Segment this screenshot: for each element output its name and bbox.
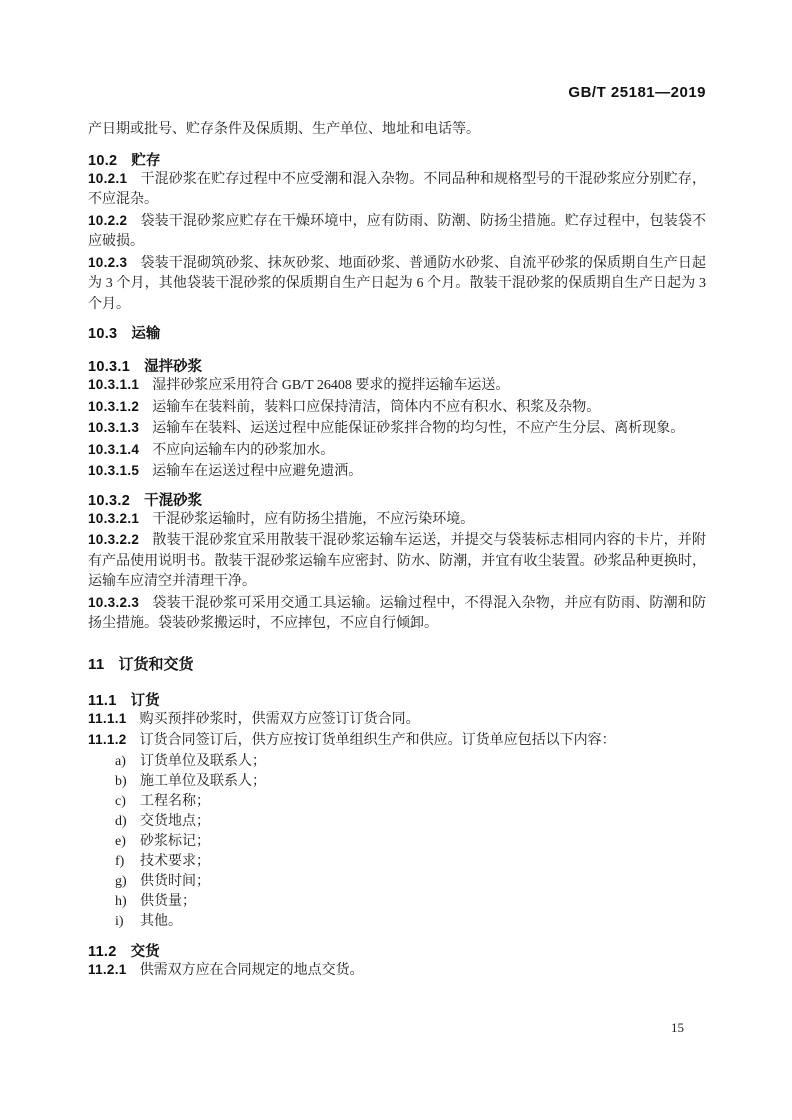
paragraph-continuation: 产日期或批号、贮存条件及保质期、生产单位、地址和电话等。 <box>88 120 706 141</box>
list-item-text: 供货量； <box>140 894 196 909</box>
clause-text: 供需双方应在合同规定的地点交货。 <box>140 963 364 978</box>
list-item-text: 工程名称； <box>140 794 210 809</box>
section-number: 10.3 <box>88 326 117 342</box>
document-page: GB/T 25181—2019 产日期或批号、贮存条件及保质期、生产单位、地址和… <box>0 0 792 1120</box>
list-item-marker: h) <box>115 892 140 912</box>
chapter-heading-11: 11订货和交货 <box>88 656 706 673</box>
clause-10-3-1-4: 10.3.1.4不应向运输车内的砂浆加水。 <box>88 440 706 462</box>
list-item-marker: a) <box>115 752 140 772</box>
section-number: 10.3.2 <box>88 493 130 509</box>
clause-10-3-2-1: 10.3.2.1干混砂浆运输时，应有防扬尘措施，不应污染环境。 <box>88 509 706 531</box>
section-title: 湿拌砂浆 <box>144 359 202 375</box>
section-heading-11-1: 11.1订货 <box>88 693 706 709</box>
list-item: a)订货单位及联系人； <box>88 752 706 772</box>
clause-text: 湿拌砂浆应采用符合 GB/T 26408 要求的搅拌运输车运送。 <box>152 378 509 393</box>
clause-10-3-1-3: 10.3.1.3运输车在装料、运送过程中应能保证砂浆拌合物的均匀性，不应产生分层… <box>88 418 706 440</box>
clause-11-1-2: 11.1.2订货合同签订后，供方应按订货单组织生产和供应。订货单应包括以下内容： <box>88 730 706 752</box>
list-item-text: 砂浆标记； <box>140 834 210 849</box>
section-number: 11.2 <box>88 944 117 960</box>
chapter-title: 订货和交货 <box>118 656 193 673</box>
clause-number: 10.3.1.3 <box>88 420 139 435</box>
list-item-text: 订货单位及联系人； <box>140 754 266 769</box>
clause-10-2-1: 10.2.1干混砂浆在贮存过程中不应受潮和混入杂物。不同品种和规格型号的干混砂浆… <box>88 169 706 211</box>
list-item-text: 其他。 <box>140 914 182 929</box>
clause-number: 10.3.2.3 <box>88 595 139 610</box>
clause-number: 10.3.2.1 <box>88 511 139 526</box>
clause-text: 袋装干混砂浆应贮存在干燥环境中，应有防雨、防潮、防扬尘措施。贮存过程中，包装袋不… <box>88 214 706 250</box>
clause-number: 10.3.1.4 <box>88 442 139 457</box>
list-item-marker: d) <box>115 812 140 832</box>
clause-10-3-1-2: 10.3.1.2运输车在装料前，装料口应保持清洁，筒体内不应有积水、积浆及杂物。 <box>88 397 706 419</box>
list-item: i)其他。 <box>88 912 706 932</box>
list-item-text: 技术要求； <box>140 854 210 869</box>
list-item: c)工程名称； <box>88 792 706 812</box>
section-number: 10.3.1 <box>88 359 130 375</box>
clause-text: 订货合同签订后，供方应按订货单组织生产和供应。订货单应包括以下内容： <box>140 733 616 748</box>
section-heading-10-3: 10.3运输 <box>88 326 706 342</box>
clause-number: 10.3.1.2 <box>88 399 139 414</box>
clause-number: 10.3.1.5 <box>88 463 139 478</box>
list-item-marker: c) <box>115 792 140 812</box>
clause-number: 11.1.2 <box>88 732 127 747</box>
list-item-marker: f) <box>115 852 140 872</box>
section-title: 干混砂浆 <box>144 493 202 509</box>
running-header: GB/T 25181—2019 <box>88 84 706 101</box>
clause-11-1-1: 11.1.1购买预拌砂浆时，供需双方应签订订货合同。 <box>88 709 706 731</box>
clause-10-3-1-1: 10.3.1.1湿拌砂浆应采用符合 GB/T 26408 要求的搅拌运输车运送。 <box>88 375 706 397</box>
section-title: 订货 <box>131 693 160 709</box>
section-heading-10-2: 10.2贮存 <box>88 153 706 169</box>
clause-text: 不应向运输车内的砂浆加水。 <box>152 443 334 458</box>
section-heading-10-3-1: 10.3.1湿拌砂浆 <box>88 359 706 375</box>
clause-number: 10.3.1.1 <box>88 377 139 392</box>
section-title: 交货 <box>131 944 160 960</box>
list-item-marker: g) <box>115 872 140 892</box>
list-item: d)交货地点； <box>88 812 706 832</box>
page-number: 15 <box>671 1020 684 1036</box>
section-title: 贮存 <box>131 153 160 169</box>
clause-11-2-1: 11.2.1供需双方应在合同规定的地点交货。 <box>88 960 706 982</box>
doc-number: GB/T 25181—2019 <box>568 84 706 101</box>
clause-text: 散装干混砂浆宜采用散装干混砂浆运输车运送，并提交与袋装标志相同内容的卡片，并附有… <box>88 533 706 589</box>
chapter-number: 11 <box>88 656 104 673</box>
list-item-marker: i) <box>115 912 140 932</box>
clause-number: 10.2.3 <box>88 255 127 270</box>
clause-text: 干混砂浆在贮存过程中不应受潮和混入杂物。不同品种和规格型号的干混砂浆应分别贮存，… <box>88 172 706 208</box>
clause-10-3-2-3: 10.3.2.3袋装干混砂浆可采用交通工具运输。运输过程中，不得混入杂物，并应有… <box>88 593 706 635</box>
clause-text: 干混砂浆运输时，应有防扬尘措施，不应污染环境。 <box>152 512 474 527</box>
clause-number: 10.2.2 <box>88 213 127 228</box>
clause-text: 袋装干混砂浆可采用交通工具运输。运输过程中，不得混入杂物，并应有防雨、防潮和防扬… <box>88 596 706 632</box>
clause-number: 10.2.1 <box>88 171 127 186</box>
section-title: 运输 <box>131 326 160 342</box>
section-number: 10.2 <box>88 153 117 169</box>
clause-text: 袋装干混砌筑砂浆、抹灰砂浆、地面砂浆、普通防水砂浆、自流平砂浆的保质期自生产日起… <box>88 256 706 312</box>
list-item: e)砂浆标记； <box>88 832 706 852</box>
clause-number: 11.2.1 <box>88 962 127 977</box>
clause-text: 运输车在装料、运送过程中应能保证砂浆拌合物的均匀性，不应产生分层、离析现象。 <box>152 421 684 436</box>
section-number: 11.1 <box>88 693 117 709</box>
clause-10-2-3: 10.2.3袋装干混砌筑砂浆、抹灰砂浆、地面砂浆、普通防水砂浆、自流平砂浆的保质… <box>88 253 706 316</box>
list-item-marker: b) <box>115 772 140 792</box>
clause-10-2-2: 10.2.2袋装干混砂浆应贮存在干燥环境中，应有防雨、防潮、防扬尘措施。贮存过程… <box>88 211 706 253</box>
list-item: f)技术要求； <box>88 852 706 872</box>
clause-10-3-1-5: 10.3.1.5运输车在运送过程中应避免遗洒。 <box>88 461 706 483</box>
clause-text: 运输车在装料前，装料口应保持清洁，筒体内不应有积水、积浆及杂物。 <box>152 400 600 415</box>
section-heading-10-3-2: 10.3.2干混砂浆 <box>88 493 706 509</box>
clause-10-3-2-2: 10.3.2.2散装干混砂浆宜采用散装干混砂浆运输车运送，并提交与袋装标志相同内… <box>88 530 706 593</box>
clause-text: 运输车在运送过程中应避免遗洒。 <box>152 464 362 479</box>
list-item: b)施工单位及联系人； <box>88 772 706 792</box>
clause-number: 11.1.1 <box>88 711 127 726</box>
clause-text: 购买预拌砂浆时，供需双方应签订订货合同。 <box>140 712 420 727</box>
order-content-list: a)订货单位及联系人； b)施工单位及联系人； c)工程名称； d)交货地点； … <box>88 752 706 932</box>
list-item: g)供货时间； <box>88 872 706 892</box>
section-heading-11-2: 11.2交货 <box>88 944 706 960</box>
list-item: h)供货量； <box>88 892 706 912</box>
clause-number: 10.3.2.2 <box>88 532 139 547</box>
list-item-text: 供货时间； <box>140 874 210 889</box>
list-item-text: 交货地点； <box>140 814 210 829</box>
list-item-text: 施工单位及联系人； <box>140 774 266 789</box>
list-item-marker: e) <box>115 832 140 852</box>
